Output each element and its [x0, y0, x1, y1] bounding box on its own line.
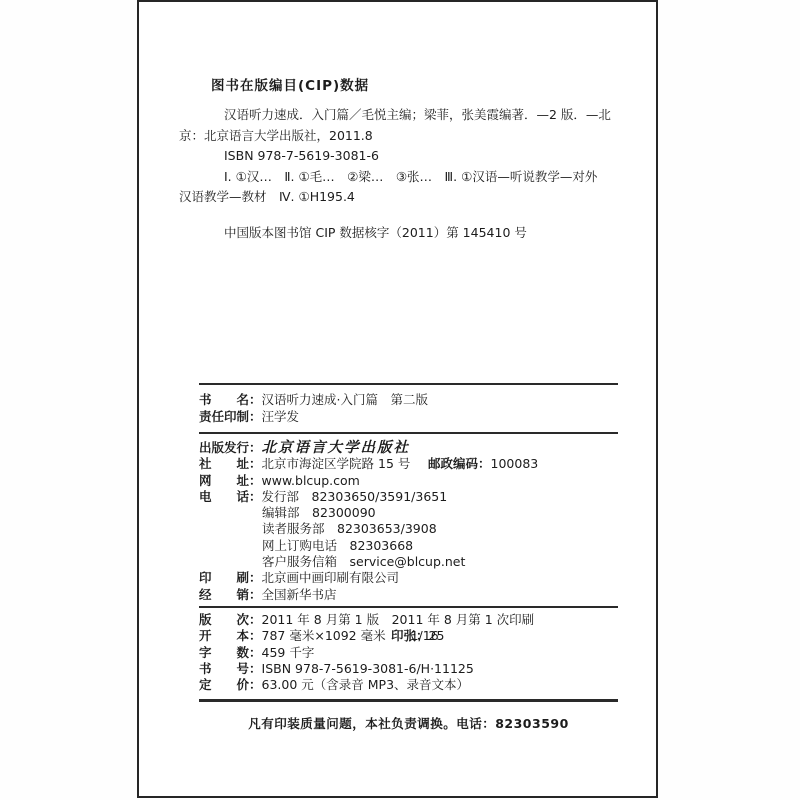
scanned-page-background: 图书在版编目(CIP)数据 汉语听力速成．入门篇／毛悦主编；梁菲，张美霞编著．—… [0, 0, 800, 800]
cip-line-isbn: ISBN 978-7-5619-3081-6 [179, 146, 619, 167]
divider-rule-third [199, 606, 618, 608]
row-label: 网 址： [199, 473, 262, 488]
row-label: 书 名： [199, 392, 262, 407]
colophon-row-publisher: 出版发行：北京语言大学出版社 [199, 440, 639, 456]
divider-rule-top [199, 383, 618, 385]
quality-notice: 凡有印装质量问题，本社负责调换。电话：82303590 [199, 714, 618, 732]
row-label: 书 号： [199, 661, 262, 676]
row-value: 北京市海淀区学院路 15 号 [262, 456, 411, 471]
row-label: 社 址： [199, 456, 262, 471]
colophon-row-website: 网 址：www.blcup.com [199, 473, 639, 489]
publisher-logotype: 北京语言大学出版社 [262, 439, 411, 456]
row-value: 客户服务信箱 service@blcup.net [262, 554, 465, 569]
colophon-row-phone: 电 话：发行部 82303650/3591/3651 [199, 489, 639, 505]
row-value: 编辑部 82300090 [262, 505, 376, 520]
print-sheets-label: 印张： [391, 628, 429, 643]
colophon-row-phone-reader-service: 读者服务部 82303653/3908 [199, 521, 639, 537]
row-label: 出版发行： [199, 440, 262, 455]
colophon-row-edition: 版 次：2011 年 8 月第 1 版 2011 年 8 月第 1 次印刷 [199, 612, 639, 628]
row-value: 发行部 82303650/3591/3651 [262, 489, 448, 504]
colophon-row-address: 社 址：北京市海淀区学院路 15 号 邮政编码：100083 [199, 456, 639, 472]
cip-line-description-2: 京：北京语言大学出版社，2011.8 [179, 126, 619, 147]
row-value: 北京画中画印刷有限公司 [262, 570, 400, 585]
price-value: 63.00 元（含录音 MP3、录音文本） [262, 677, 470, 692]
row-label: 经 销： [199, 587, 262, 602]
page-sheet: 图书在版编目(CIP)数据 汉语听力速成．入门篇／毛悦主编；梁菲，张美霞编著．—… [137, 0, 658, 798]
colophon-row-distributor: 经 销：全国新华书店 [199, 587, 639, 603]
row-value: 全国新华书店 [262, 587, 337, 602]
colophon-row-phone-online-order: 网上订购电话 82303668 [199, 538, 639, 554]
row-label: 字 数： [199, 645, 262, 660]
colophon-section-publisher: 出版发行：北京语言大学出版社 社 址：北京市海淀区学院路 15 号 邮政编码：1… [199, 440, 639, 603]
row-value: 汉语听力速成·入门篇 第二版 [262, 392, 428, 407]
print-sheets-value: 25 [429, 628, 445, 643]
row-label: 开 本： [199, 628, 262, 643]
website-url: www.blcup.com [262, 473, 360, 488]
colophon-row-format: 开 本：787 毫米×1092 毫米 1/16 印张：25 [199, 628, 639, 644]
postal-code-value: 100083 [491, 456, 539, 471]
colophon-row-word-count: 字 数：459 千字 [199, 645, 639, 661]
row-label: 版 次： [199, 612, 262, 627]
row-value: 网上订购电话 82303668 [262, 538, 413, 553]
cip-line-classification-2: 汉语教学—教材 Ⅳ. ①H195.4 [179, 187, 619, 208]
isbn-value: ISBN 978-7-5619-3081-6/H·11125 [262, 661, 474, 676]
row-label: 责任印制： [199, 409, 262, 424]
row-value: 汪学发 [262, 409, 300, 424]
cip-line-record-number: 中国版本图书馆 CIP 数据核字（2011）第 145410 号 [179, 223, 619, 244]
row-value: 读者服务部 82303653/3908 [262, 521, 437, 536]
colophon-section-title: 书 名：汉语听力速成·入门篇 第二版 责任印制：汪学发 [199, 391, 639, 425]
postal-code-label: 邮政编码： [428, 456, 491, 471]
divider-rule-second [199, 432, 618, 434]
colophon-row-printer: 印 刷：北京画中画印刷有限公司 [199, 570, 639, 586]
row-label: 印 刷： [199, 570, 262, 585]
colophon-row-price: 定 价：63.00 元（含录音 MP3、录音文本） [199, 677, 639, 693]
colophon-row-book-number: 书 号：ISBN 978-7-5619-3081-6/H·11125 [199, 661, 639, 677]
row-value: 459 千字 [262, 645, 315, 660]
row-value: 2011 年 8 月第 1 版 2011 年 8 月第 1 次印刷 [262, 612, 535, 627]
colophon-row-phone-editorial: 编辑部 82300090 [199, 505, 639, 521]
colophon-row-book-title: 书 名：汉语听力速成·入门篇 第二版 [199, 391, 639, 408]
cip-line-description-1: 汉语听力速成．入门篇／毛悦主编；梁菲，张美霞编著．—2 版．—北 [179, 105, 619, 126]
print-sheets-group: 印张：25 [391, 628, 444, 644]
cip-body: 汉语听力速成．入门篇／毛悦主编；梁菲，张美霞编著．—2 版．—北 京：北京语言大… [179, 105, 619, 243]
divider-rule-bottom-thick [199, 699, 618, 702]
row-label: 定 价： [199, 677, 262, 692]
colophon-section-edition: 版 次：2011 年 8 月第 1 版 2011 年 8 月第 1 次印刷 开 … [199, 612, 639, 693]
postal-code-group: 邮政编码：100083 [428, 456, 538, 472]
cip-line-classification-1: Ⅰ. ①汉… Ⅱ. ①毛… ②梁… ③张… Ⅲ. ①汉语—听说教学—对外 [179, 167, 619, 188]
row-label: 电 话： [199, 489, 262, 504]
colophon-row-print-editor: 责任印制：汪学发 [199, 408, 639, 425]
cip-title: 图书在版编目(CIP)数据 [211, 74, 369, 94]
colophon-row-service-email: 客户服务信箱 service@blcup.net [199, 554, 639, 570]
